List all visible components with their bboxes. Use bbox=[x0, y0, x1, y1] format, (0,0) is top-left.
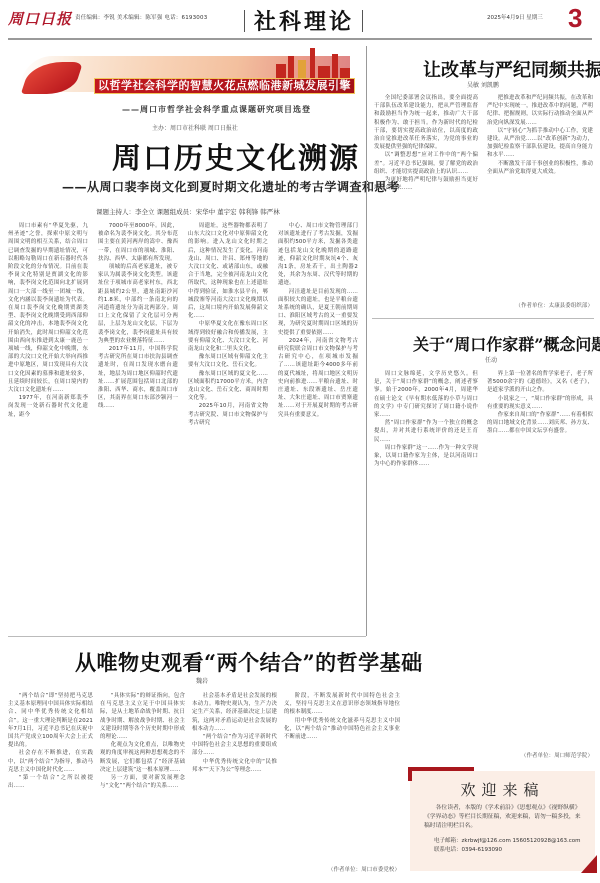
paragraph: 1977年，在河南新郑裴李岗发现一处新石器时代文化遗址，距今 bbox=[8, 394, 88, 419]
paragraph: 界上第一位著名的哲学家老子，老子所著5000余字的《道德经》，又名《老子》，是道… bbox=[487, 370, 593, 395]
paragraph: 豫东周口区域的夏文化……区域面积约17000平方米，内含龙山文化、岳石文化、商周… bbox=[188, 370, 268, 403]
welcome-title: 欢迎来稿 bbox=[410, 779, 595, 800]
divider bbox=[244, 10, 245, 32]
main-article-column-1: 周口市素有“华夏先驱，九州圣迹”之誉，探索中原文明与周围文明的相互关系，结合周口… bbox=[8, 222, 88, 627]
paragraph: 化观点为文化重点，以唯物史观的角度审视这两种思想观念的不断发展，它们都包括了“经… bbox=[100, 741, 185, 774]
paragraph: 用中华优秀传统文化滋养马克思主义中国化，以“两个结合”推动中国特色社会主义事业不… bbox=[284, 717, 400, 742]
author-affiliation: （作者单位：周口市委党校） bbox=[284, 866, 400, 874]
paragraph: 7000年至8000年。因此，被命名为裴李岗文化。其分布范围主要在黄河两岸的嵩中… bbox=[98, 222, 178, 263]
paragraph: 全国纪委部署会议指出，要全面提高干部队伍改革建设能力，把从严管理监督和鼓励担当作… bbox=[374, 94, 478, 151]
paragraph: 为更好地将严明纪律与鼓励担当更好地结合起来…… bbox=[374, 176, 478, 192]
issue-date: 2025年4月9日 星期三 bbox=[487, 13, 543, 21]
paragraph: 中原华夏文化在豫东周口区域得到较好融合和传播发展，主要有仰韶文化、大汶口文化、河… bbox=[188, 320, 268, 353]
article-divider bbox=[8, 636, 366, 637]
bottom-article-author: 魏岩 bbox=[196, 676, 208, 685]
paragraph: 2024年，河南省文物考古研究院联合周口市文物保护与考古研究中心，在项城市发掘了… bbox=[278, 337, 358, 419]
paragraph: 把推进改革和严纪同频共振，在改革和严纪中实现统一，推进改革中的问题，严明纪律、把… bbox=[487, 94, 593, 127]
right-article-1-note: （作者单位：太康县委组织部） bbox=[487, 302, 593, 312]
paragraph: 周口市素有“华夏先驱，九州圣迹”之誉，探索中原文明与周围文明的相互关系，结合周口… bbox=[8, 222, 88, 394]
right-article-2-column-2: 界上第一位著名的哲学家老子，老子所著5000余字的《道德经》，又名《老子》，是道… bbox=[487, 370, 593, 748]
bottom-article-title: 从唯物史观看“两个结合”的哲学基础 bbox=[75, 647, 423, 677]
divider bbox=[362, 10, 363, 32]
banner-slogan: 以哲学社会科学的智慧火花点燃临港新城发展引擎 bbox=[94, 78, 355, 94]
paragraph: 项城的后高老家遗址，被专家认为属裴李岗文化类型。该遗址位于项城市高老家村东，西北… bbox=[98, 263, 178, 345]
paragraph: 不断激发干部干事创业的积极性，推动全面从严治党取得更大成效。 bbox=[487, 160, 593, 176]
author-affiliation: （作者单位：周口师范学院） bbox=[487, 752, 593, 760]
right-article-1-title: 让改革与严纪同频共振 bbox=[423, 56, 600, 82]
phone-number: 0394-6193090 bbox=[462, 847, 502, 853]
main-article-column-4: 中心、周口市文物管理部门对该遗址进行了考古发掘，发掘面积约500平方米，发掘各类… bbox=[278, 222, 358, 627]
article-divider bbox=[372, 318, 594, 319]
main-article-column-2: 7000年至8000年。因此，被命名为裴李岗文化。其分布范围主要在黄河两岸的嵩中… bbox=[98, 222, 178, 627]
phone-label: 联系电话： bbox=[434, 847, 462, 853]
paragraph: 河洼遗址是目前发现的……面积较大的遗址，也是平粮台遗址系统的确认，是夏王朝前期周… bbox=[278, 288, 358, 337]
paragraph: “第一个结合”之所以被提出…… bbox=[8, 774, 93, 790]
bottom-article-column-2: “具体实际”的辩证指向，包含在马克思主义立足于中国具体实际，是从土地革命战争时期… bbox=[100, 692, 185, 877]
welcome-body: 各位读者，本版的《学术前沿》《思想观点》《视野纵横》《学界动态》等栏目长期征稿，… bbox=[424, 804, 585, 831]
paragraph: 豫东周口区域有仰韶文化主要有大汶口文化、岳石文化。 bbox=[188, 353, 268, 369]
phone-line: 联系电话：0394-6193090 bbox=[434, 846, 581, 855]
paragraph: 周口文脉绵延，文学历史悠久。但是，关于“周口作家群”的概念，阐述者寥寥。始于20… bbox=[374, 370, 478, 419]
skyline-icon bbox=[272, 48, 352, 78]
contact-info: 电子邮箱：zkrbwjf@126.com 15605120928@163.com… bbox=[434, 837, 581, 855]
paragraph: 周口作家群”这一……作为一种文学现象，以周口籍作家为主体，是以河南周口为中心的作… bbox=[374, 444, 478, 469]
paragraph: 社会存在不断推进，在实践中，以“两个结合”为指导，推动马克思主义中国化时代化…… bbox=[8, 749, 93, 774]
paragraph: “两个结合”作为习近平新时代中国特色社会主义思想的重要组成部分…… bbox=[192, 733, 277, 758]
paragraph: 以“调整思想”应对工作中的“两个偏差”。习近平总书记强调，要了解党的政治组织、才… bbox=[374, 151, 478, 176]
paragraph: 中华优秀传统文化中的“民惟邦本”“天下为公”等理念…… bbox=[192, 758, 277, 774]
paragraph: 2025年10月，河南省文物考古研究院、周口市文物保护与考古研究 bbox=[188, 402, 268, 427]
right-article-2-title: 关于“周口作家群”概念问题的探讨 bbox=[413, 332, 600, 355]
page-number: 3 bbox=[568, 3, 582, 34]
bottom-article-column-4: 阶段，不断发展新时代中国特色社会主义，坚持马克思主义在意识形态领域指导地位的根本… bbox=[284, 692, 400, 862]
bottom-article-column-1: “两个结合”即“坚持把马克思主义基本原理同中国具体实际相结合、同中华优秀传统文化… bbox=[8, 692, 93, 877]
right-article-2-author: 任动 bbox=[485, 355, 497, 364]
right-article-2-note: （作者单位：周口师范学院） bbox=[487, 752, 593, 762]
main-article-column-3: 周遗址，这些器物都表明了山东大汶口文化对中原仰韶文化的影响。进入龙山文化时期之后… bbox=[188, 222, 268, 627]
decorative-corner bbox=[408, 767, 474, 771]
column-divider bbox=[366, 46, 367, 636]
right-article-1-column-1: 全国纪委部署会议指出，要全面提高干部队伍改革建设能力，把从严管理监督和鼓励担当作… bbox=[374, 94, 478, 294]
masthead: 周口日报 责任编辑：李锐 美术编辑：陈军强 电话：6193003 社科理论 20… bbox=[0, 0, 600, 42]
paragraph: 阶段，不断发展新时代中国特色社会主义，坚持马克思主义在意识形态领域指导地位的根本… bbox=[284, 692, 400, 717]
author-affiliation: （作者单位：太康县委组织部） bbox=[487, 302, 593, 310]
banner-subtitle: ——周口市哲学社会科学重点课题研究项目选登 bbox=[122, 104, 311, 115]
paragraph: 2017年11月，中国科学院考古研究所在周口市扶沟县调查遗址时，在周口发现水磨台… bbox=[98, 345, 178, 411]
section-title: 社科理论 bbox=[254, 5, 354, 36]
bottom-article-note: （作者单位：周口市委党校） bbox=[284, 866, 400, 876]
paragraph: 社会基本矛盾是社会发展的根本动力。唯物史观认为，生产力决定生产关系，经济基础决定… bbox=[192, 692, 277, 733]
main-article-title: 周口历史文化溯源 bbox=[112, 136, 360, 177]
paragraph: 然“周口作家群”作为一个独立的概念提出，并对其进行系统评价的还是王育民…… bbox=[374, 419, 478, 444]
bottom-article-column-3: 社会基本矛盾是社会发展的根本动力。唯物史观认为，生产力决定生产关系，经济基础决定… bbox=[192, 692, 277, 877]
right-article-1-column-2: 把推进改革和严纪同频共振，在改革和严纪中实现统一，推进改革中的问题，严明纪律、把… bbox=[487, 94, 593, 309]
paragraph: 周遗址，这些器物都表明了山东大汶口文化对中原仰韶文化的影响。进入龙山文化时期之后… bbox=[188, 222, 268, 320]
paragraph: 小说家之一，“周口作家群”的形成，具有重要的现实意义…… bbox=[487, 395, 593, 411]
call-for-submissions-box: 欢迎来稿 各位读者，本版的《学术前沿》《思想观点》《视野纵横》《学界动态》等栏目… bbox=[410, 771, 595, 871]
column-banner: 以哲学社会科学的智慧火花点燃临港新城发展引擎 bbox=[20, 48, 360, 106]
paragraph: 作家来自周口的“作家群”……有着相似的周口地域文化背景……刘庆邦、孙方友、墨白…… bbox=[487, 411, 593, 436]
masthead-rule bbox=[8, 38, 592, 40]
newspaper-logo: 周口日报 bbox=[8, 8, 72, 29]
editor-credits: 责任编辑：李锐 美术编辑：陈军强 电话：6193003 bbox=[75, 13, 207, 21]
paragraph: “具体实际”的辩证指向，包含在马克思主义立足于中国具体实际，是从土地革命战争时期… bbox=[100, 692, 185, 741]
email-line: 电子邮箱：zkrbwjf@126.com 15605120928@163.com bbox=[434, 837, 581, 846]
paragraph: 中心、周口市文物管理部门对该遗址进行了考古发掘，发掘面积约500平方米，发掘各类… bbox=[278, 222, 358, 288]
sponsor-line: 主办：周口市社科联 周口日报社 bbox=[152, 123, 238, 132]
main-article-authors: 课题主持人：李全立 课题组成员：宋华中 董宇宏 韩利锋 韩严林 bbox=[96, 207, 280, 216]
decorative-corner bbox=[581, 855, 597, 873]
right-article-1-author: 吴敏 刘凯鹏 bbox=[467, 80, 499, 89]
main-article-subtitle: ——从周口裴李岗文化到夏时期文化遗址的考古学调查和思考 bbox=[62, 178, 400, 195]
paragraph: 以“守初心”为抓手推动中心工作，党建建设，从严治党……以“改革创新”为动力，加强… bbox=[487, 127, 593, 160]
email-label: 电子邮箱： bbox=[434, 838, 462, 844]
paragraph: “两个结合”即“坚持把马克思主义基本原理同中国具体实际相结合、同中华优秀传统文化… bbox=[8, 692, 93, 749]
email-address[interactable]: zkrbwjf@126.com 15605120928@163.com bbox=[462, 838, 581, 844]
paragraph: 另一方面，要对新发展理念与“文化”“两个结合”的关系…… bbox=[100, 774, 185, 790]
